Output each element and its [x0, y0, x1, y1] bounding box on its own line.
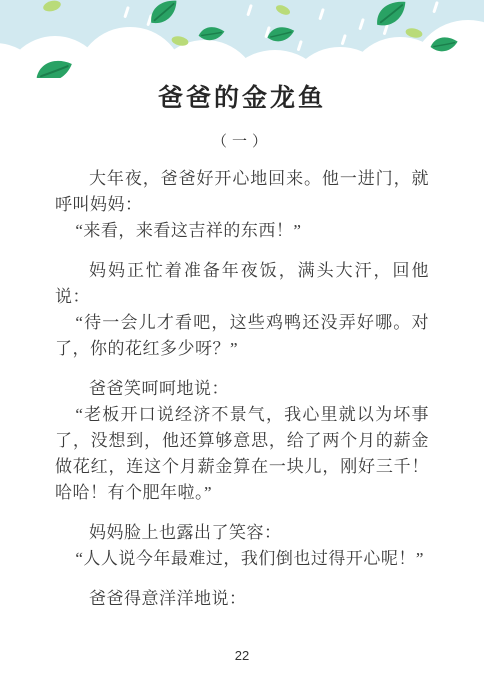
story-body: 大年夜，爸爸好开心地回来。他一进门，就呼叫妈妈： “来看，来看这吉祥的东西！” … — [55, 152, 429, 612]
story-paragraph: “人人说今年最难过，我们倒也过得开心呢！” — [55, 546, 429, 572]
story-paragraph: 爸爸笑呵呵地说： — [55, 376, 429, 402]
page-number: 22 — [0, 648, 484, 664]
story-paragraph: “老板开口说经济不景气，我心里就以为坏事了，没想到，他还算够意思，给了两个月的薪… — [55, 402, 429, 506]
story-paragraph: 妈妈脸上也露出了笑容： — [55, 520, 429, 546]
header-decoration — [0, 0, 484, 78]
page-title: 爸爸的金龙鱼 — [0, 84, 484, 114]
story-paragraph: “来看，来看这吉祥的东西！” — [55, 218, 429, 244]
section-label: （一） — [0, 132, 484, 152]
story-paragraph: 爸爸得意洋洋地说： — [55, 586, 429, 612]
story-paragraph: 妈妈正忙着准备年夜饭，满头大汗，回他说： — [55, 258, 429, 310]
story-paragraph: “待一会儿才看吧，这些鸡鸭还没弄好哪。对了，你的花红多少呀？” — [55, 310, 429, 362]
story-paragraph: 大年夜，爸爸好开心地回来。他一进门，就呼叫妈妈： — [55, 166, 429, 218]
